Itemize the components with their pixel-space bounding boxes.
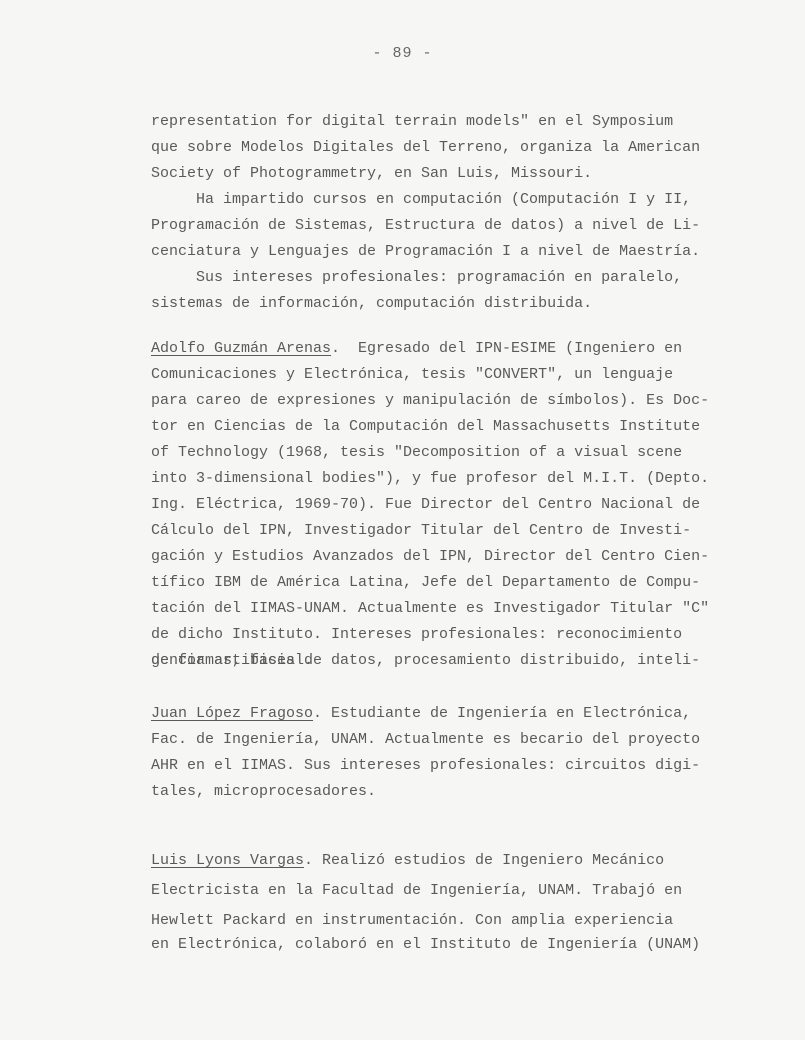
text-line: tación del IIMAS-UNAM. Actualmente es In… [151, 599, 709, 619]
text-line: tífico IBM de América Latina, Jefe del D… [151, 573, 700, 593]
text-line: Cálculo del IPN, Investigador Titular de… [151, 521, 691, 541]
text-line: Sus intereses profesionales: programació… [151, 268, 682, 288]
text-line: gación y Estudios Avanzados del IPN, Dir… [151, 547, 709, 567]
text-line: para careo de expresiones y manipulación… [151, 391, 709, 411]
text-line: tales, microprocesadores. [151, 782, 376, 802]
text-line: Society of Photogrammetry, en San Luis, … [151, 164, 592, 184]
text-span: . Realizó estudios de Ingeniero Mecánico [304, 852, 664, 869]
person-name: Adolfo Guzmán Arenas [151, 340, 331, 357]
text-line: Fac. de Ingeniería, UNAM. Actualmente es… [151, 730, 700, 750]
text-line: Juan López Fragoso. Estudiante de Ingeni… [151, 704, 691, 724]
text-line: representation for digital terrain model… [151, 112, 673, 132]
text-line: Electricista en la Facultad de Ingenierí… [151, 881, 682, 901]
text-line: AHR en el IIMAS. Sus intereses profesion… [151, 756, 700, 776]
text-span: . Estudiante de Ingeniería en Electrónic… [313, 705, 691, 722]
text-line: que sobre Modelos Digitales del Terreno,… [151, 138, 700, 158]
person-name: Luis Lyons Vargas [151, 852, 304, 869]
text-line: de dicho Instituto. Intereses profesiona… [151, 625, 682, 645]
text-line: Hewlett Packard en instrumentación. Con … [151, 911, 673, 931]
text-line: tor en Ciencias de la Computación del Ma… [151, 417, 700, 437]
text-line: of Technology (1968, tesis "Decompositio… [151, 443, 682, 463]
text-span: . Egresado del IPN-ESIME (Ingeniero en [331, 340, 682, 357]
text-line: gencia artificial. [151, 651, 313, 671]
text-line: cenciatura y Lenguajes de Programación I… [151, 242, 700, 262]
text-line: Ing. Eléctrica, 1969-70). Fue Director d… [151, 495, 700, 515]
text-line: into 3-dimensional bodies"), y fue profe… [151, 469, 709, 489]
text-line: en Electrónica, colaboró en el Instituto… [151, 935, 700, 955]
text-line: Comunicaciones y Electrónica, tesis "CON… [151, 365, 673, 385]
page-number: - 89 - [0, 45, 805, 62]
text-line: Adolfo Guzmán Arenas. Egresado del IPN-E… [151, 339, 682, 359]
text-line: Programación de Sistemas, Estructura de … [151, 216, 700, 236]
text-line: sistemas de información, computación dis… [151, 294, 592, 314]
person-name: Juan López Fragoso [151, 705, 313, 722]
text-line: Ha impartido cursos en computación (Comp… [151, 190, 691, 210]
text-line: Luis Lyons Vargas. Realizó estudios de I… [151, 851, 664, 871]
